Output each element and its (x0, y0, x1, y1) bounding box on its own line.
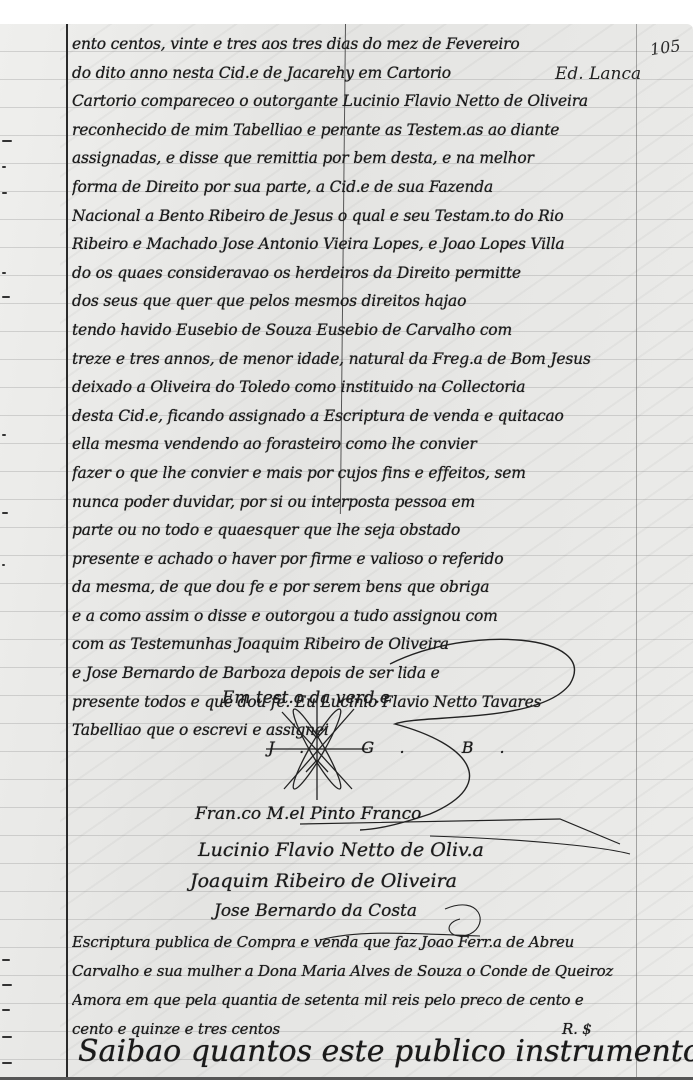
text-line: deixado a Oliveira do Toledo como instit… (72, 373, 687, 402)
signature-3: Joaquim Ribeiro de Oliveira (190, 870, 457, 892)
text-line: presente e achado o haver por firme e va… (72, 545, 687, 574)
page-bottom-edge (0, 1077, 693, 1080)
left-margin-marks (0, 24, 62, 1080)
text-line: Ribeiro e Machado Jose Antonio Vieira Lo… (72, 230, 687, 259)
next-deed-summary: Escriptura publica de Compra e venda que… (72, 928, 687, 1044)
text-line: treze e tres annos, de menor idade, natu… (72, 345, 687, 374)
text-line: reconhecido de mim Tabelliao e perante a… (72, 116, 687, 145)
text-line: Cartorio compareceo o outorgante Lucinio… (72, 87, 687, 116)
text-line: desta Cid.e, ficando assignado a Escript… (72, 402, 687, 431)
text-line: ella mesma vendendo ao forasteiro como l… (72, 430, 687, 459)
text-line: do dito anno nesta Cid.e de Jacarehy em … (72, 59, 687, 88)
text-line: assignadas, e disse que remittia por bem… (72, 144, 687, 173)
text-line: presente todos e que dou fe. Eu Lucinio … (72, 688, 687, 717)
text-line: com as Testemunhas Joaquim Ribeiro de Ol… (72, 630, 687, 659)
deed-body-text: ento centos, vinte e tres aos tres dias … (72, 30, 687, 745)
text-line: da mesma, de que dou fe e por serem bens… (72, 573, 687, 602)
text-line: e a como assim o disse e outorgou a tudo… (72, 602, 687, 631)
text-line: forma de Direito por sua parte, a Cid.e … (72, 173, 687, 202)
left-margin-rule (66, 24, 68, 1080)
document-page: 105 Ed. Lanca ento centos, vinte e tres … (0, 24, 693, 1080)
text-line: dos seus que quer que pelos mesmos direi… (72, 287, 687, 316)
text-line: nunca poder duvidar, por si ou interpost… (72, 488, 687, 517)
text-line: e Jose Bernardo de Barboza depois de ser… (72, 659, 687, 688)
text-line: tendo havido Eusebio de Souza Eusebio de… (72, 316, 687, 345)
text-line: Escriptura publica de Compra e venda que… (72, 928, 687, 957)
text-line: Tabelliao que o escrevi e assignei (72, 716, 687, 745)
signature-4: Jose Bernardo da Costa (214, 901, 417, 921)
next-deed-heading: Saibao quantos este publico instrumento (78, 1034, 693, 1069)
text-line: parte ou no todo e quaesquer que lhe sej… (72, 516, 687, 545)
text-line: Amora em que pela quantia de setenta mil… (72, 986, 687, 1015)
text-line: Carvalho e sua mulher a Dona Maria Alves… (72, 957, 687, 986)
signature-1: Fran.co M.el Pinto Franco (195, 804, 421, 824)
text-line: Nacional a Bento Ribeiro de Jesus o qual… (72, 202, 687, 231)
text-line: ento centos, vinte e tres aos tres dias … (72, 30, 687, 59)
signature-2: Lucinio Flavio Netto de Oliv.a (198, 839, 484, 861)
text-line: do os quaes consideravao os herdeiros da… (72, 259, 687, 288)
text-line: fazer o que lhe convier e mais por cujos… (72, 459, 687, 488)
